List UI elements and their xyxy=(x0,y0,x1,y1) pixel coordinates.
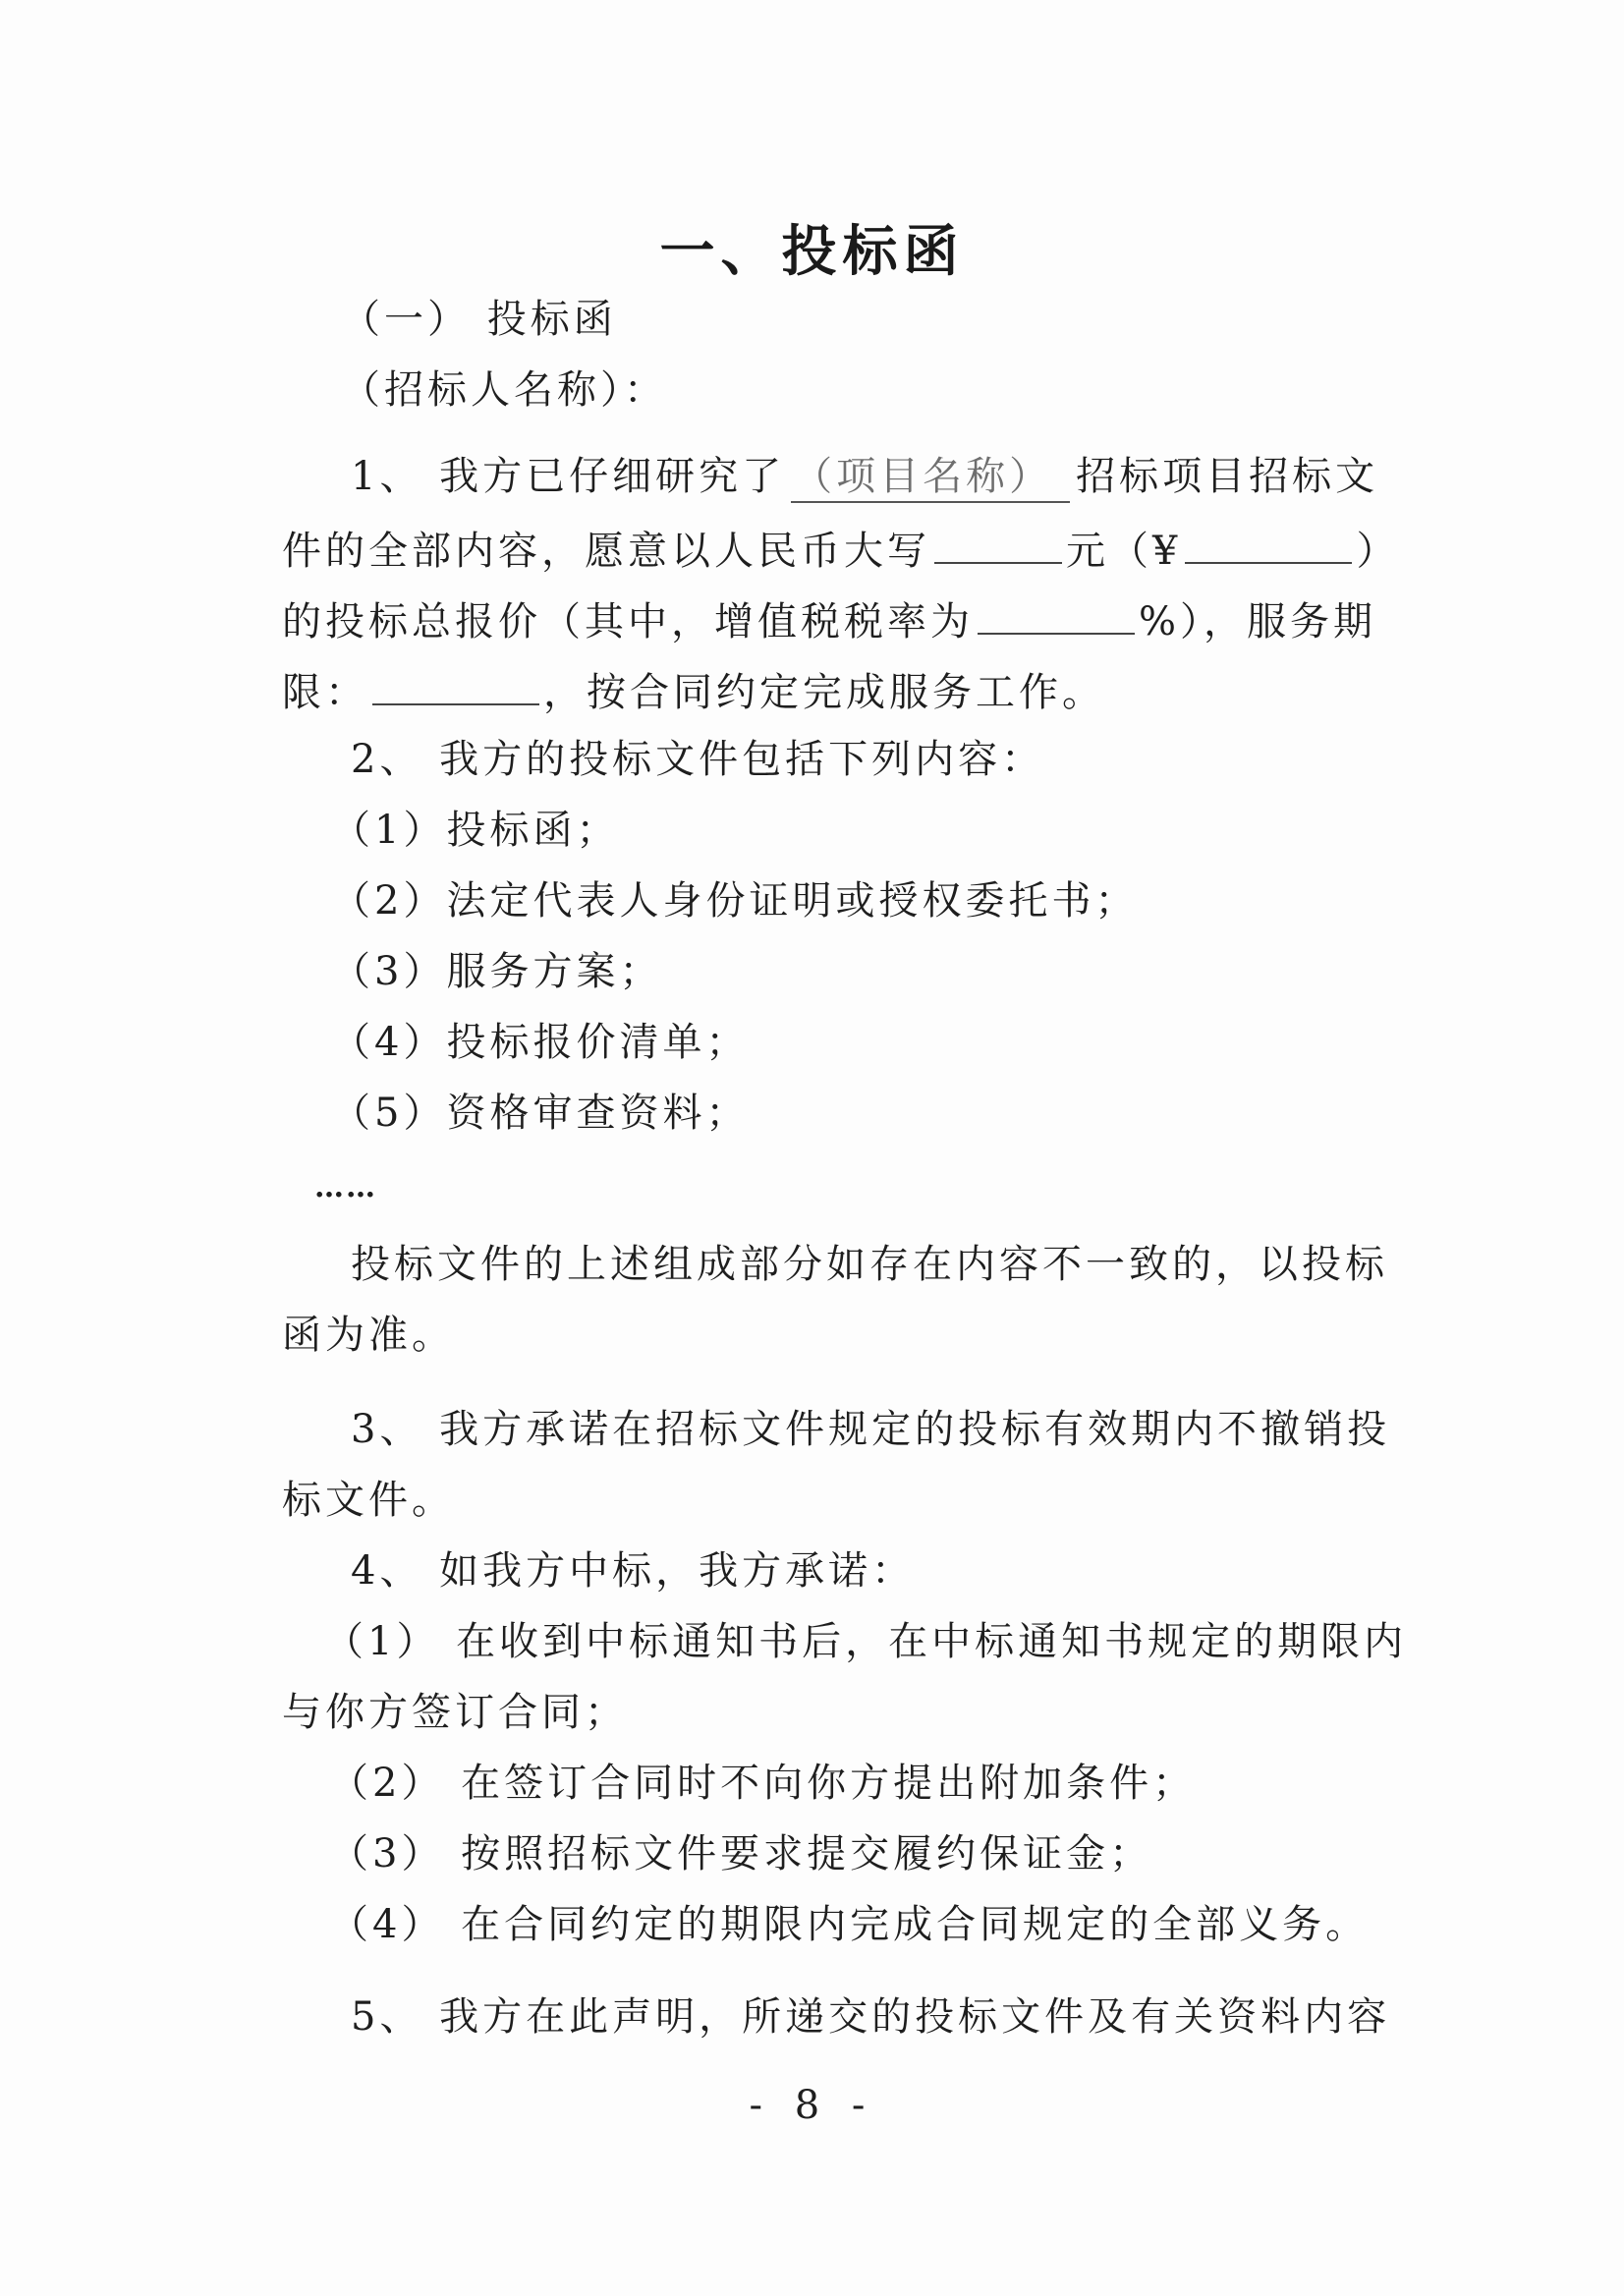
item1-line3-text: 的投标总报价（其中，增值税税率为 xyxy=(282,599,974,644)
page-number: - 8 - xyxy=(0,2083,1624,2128)
item3-number: 3、 xyxy=(351,1407,422,1452)
item5-text: 我方在此声明，所递交的投标文件及有关资料内容 xyxy=(439,1994,1390,2040)
list-number: （2） xyxy=(329,1761,444,1806)
list-number: （4） xyxy=(329,1902,444,1947)
item2-list-item: （3）服务方案； xyxy=(282,947,1461,996)
item3-line1: 3、 我方承诺在招标文件规定的投标有效期内不撤销投 xyxy=(282,1405,1481,1454)
item4-list-item: （2） 在签订合同时不向你方提出附加条件； xyxy=(329,1759,1459,1808)
item5-line: 5、 我方在此声明，所递交的投标文件及有关资料内容 xyxy=(351,1992,1481,2042)
item4-line: 4、 如我方中标，我方承诺： xyxy=(282,1546,1481,1596)
item1-limit-label: 限： xyxy=(282,670,368,715)
project-name-field[interactable]: （项目名称） xyxy=(791,452,1070,503)
item1-line3: 的投标总报价（其中，增值税税率为%），服务期 xyxy=(282,593,1412,646)
list-number: （3） xyxy=(331,949,446,994)
item4-list-item: （3） 按照招标文件要求提交履约保证金； xyxy=(329,1829,1459,1878)
list-number: （1） xyxy=(324,1619,439,1664)
item1-close-paren: ） xyxy=(1356,529,1399,574)
list-text: 按照招标文件要求提交履约保证金； xyxy=(461,1831,1152,1876)
list-text: 在收到中标通知书后，在中标通知书规定的期限内 xyxy=(456,1619,1407,1664)
item4-text: 如我方中标，我方承诺： xyxy=(439,1548,915,1594)
amount-in-words-blank[interactable] xyxy=(934,523,1062,564)
item2-text: 我方的投标文件包括下列内容： xyxy=(439,737,1044,782)
ellipsis-text: …… xyxy=(314,1170,377,1204)
document-page: 一、投标函 （一） 投标函 （招标人名称）： 1、 我方已仔细研究了（项目名称）… xyxy=(0,0,1624,2296)
item2-number: 2、 xyxy=(351,737,422,782)
list-text: 法定代表人身份证明或授权委托书； xyxy=(446,878,1138,924)
list-number: （4） xyxy=(331,1020,446,1065)
consistency-note-line1: 投标文件的上述组成部分如存在内容不一致的，以投标 xyxy=(282,1240,1481,1289)
item5-number: 5、 xyxy=(351,1994,422,2040)
list-text: 在签订合同时不向你方提出附加条件； xyxy=(461,1761,1196,1806)
document-title: 一、投标函 xyxy=(0,208,1624,287)
amount-in-figures-blank[interactable] xyxy=(1185,523,1352,564)
item2-line: 2、 我方的投标文件包括下列内容： xyxy=(282,735,1481,784)
item1-line4-text: ，按合同约定完成服务工作。 xyxy=(543,670,1105,715)
item3-line2: 标文件。 xyxy=(282,1476,1412,1525)
list-ellipsis: …… xyxy=(314,1159,1444,1212)
item1-text-a: 我方已仔细研究了 xyxy=(439,454,785,499)
item1-service-text: %），服务期 xyxy=(1139,599,1376,644)
consistency-note-line2: 函为准。 xyxy=(282,1311,1412,1360)
list-text: 投标函； xyxy=(446,808,619,853)
item4-number: 4、 xyxy=(351,1548,422,1594)
section-heading: （一） 投标函 xyxy=(282,295,1471,344)
list-text: 在合同约定的期限内完成合同规定的全部义务。 xyxy=(461,1902,1369,1947)
item1-line1: 1、 我方已仔细研究了（项目名称）招标项目招标文 xyxy=(282,452,1481,503)
service-period-blank[interactable] xyxy=(372,664,539,705)
item1-number: 1、 xyxy=(351,454,422,499)
item2-list-item: （2）法定代表人身份证明或授权委托书； xyxy=(282,876,1461,925)
addressee-line: （招标人名称）： xyxy=(282,365,1471,415)
list-text: 资格审查资料； xyxy=(446,1091,749,1136)
list-number: （5） xyxy=(331,1091,446,1136)
list-number: （2） xyxy=(331,878,446,924)
vat-rate-blank[interactable] xyxy=(978,593,1135,635)
list-text: 服务方案； xyxy=(446,949,662,994)
list-number: （3） xyxy=(329,1831,444,1876)
item1-line4: 限：，按合同约定完成服务工作。 xyxy=(282,664,1412,717)
item2-list-item: （4）投标报价清单； xyxy=(282,1018,1461,1067)
item4-list-item: （4） 在合同约定的期限内完成合同规定的全部义务。 xyxy=(329,1900,1459,1949)
list-number: （1） xyxy=(331,808,446,853)
item3-text: 我方承诺在招标文件规定的投标有效期内不撤销投 xyxy=(439,1407,1390,1452)
item1-line2: 件的全部内容，愿意以人民币大写元（¥） xyxy=(282,523,1412,576)
item2-list-item: （5）资格审查资料； xyxy=(282,1089,1461,1138)
item2-list-item: （1）投标函； xyxy=(282,806,1461,855)
item1-text-b: 招标项目招标文 xyxy=(1076,454,1378,499)
list-text: 投标报价清单； xyxy=(446,1020,749,1065)
item1-yuan-text: 元（¥ xyxy=(1066,529,1181,574)
item4-list-item: （1） 在收到中标通知书后，在中标通知书规定的期限内 xyxy=(324,1617,1454,1666)
item4-list-continuation: 与你方签订合同； xyxy=(282,1688,1412,1737)
item1-line2-text: 件的全部内容，愿意以人民币大写 xyxy=(282,529,930,574)
